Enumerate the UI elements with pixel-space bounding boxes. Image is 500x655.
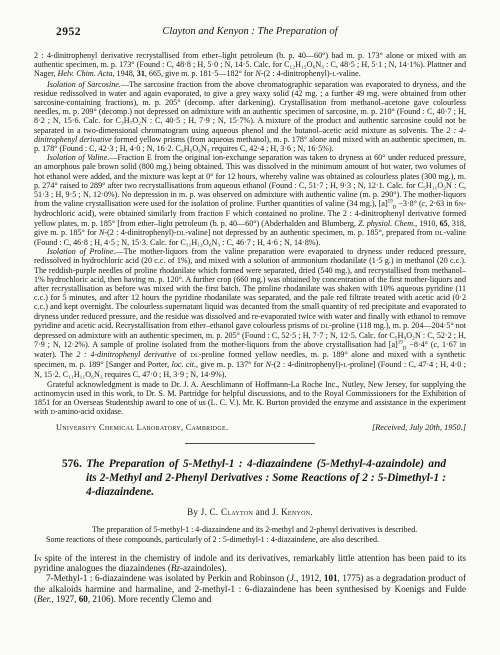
article-abstract: The preparation of 5-methyl-1 : 4-diazai…: [46, 525, 436, 543]
received-date: [Received, July 20th, 1950.]: [372, 423, 466, 432]
signature-row: University Chemical Laboratory, Cambridg…: [34, 423, 466, 432]
paragraph-isolation-of-proline: Isolation of Proline.—The mother-liquors…: [34, 247, 466, 379]
article-number-and-title: 576. The Preparation of 5-Methyl-1 : 4-d…: [86, 457, 446, 499]
journal-page: 2952 Clayton and Kenyon : The Preparatio…: [0, 0, 500, 655]
article-byline: By J. C. Clayton and J. Kenyon.: [34, 507, 466, 517]
page-header: 2952 Clayton and Kenyon : The Preparatio…: [34, 26, 466, 41]
paragraph-isolation-of-sarcosine: Isolation of Sarcosine.—The sarcosine fr…: [34, 80, 466, 154]
laboratory-address: University Chemical Laboratory, Cambridg…: [56, 423, 228, 432]
paragraph-dnp-valine: 2 : 4-dinitrophenyl derivative recrystal…: [34, 51, 466, 80]
paragraph-acknowledgment: Grateful acknowledgment is made to Dr. J…: [34, 380, 466, 418]
body-paragraph-history: 7-Methyl-1 : 6-diazaindene was isolated …: [34, 573, 466, 604]
body-paragraph-intro: In spite of the interest in the chemistr…: [34, 553, 466, 574]
page-number: 2952: [56, 26, 81, 38]
experimental-section: 2 : 4-dinitrophenyl derivative recrystal…: [34, 51, 466, 417]
paragraph-isolation-of-valine: Isolation of Valine.—Fraction E from the…: [34, 153, 466, 247]
running-title: Clayton and Kenyon : The Preparation of: [34, 26, 466, 37]
section-divider: [185, 443, 315, 444]
article-body: In spite of the interest in the chemistr…: [34, 553, 466, 604]
